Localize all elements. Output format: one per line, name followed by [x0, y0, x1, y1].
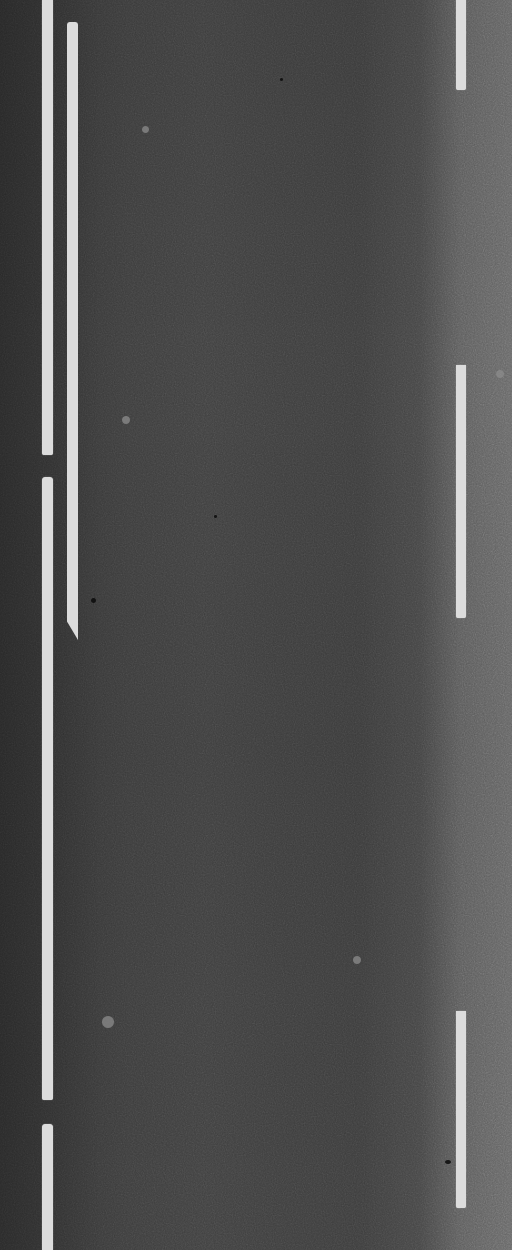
- road-aerial-scene: [0, 0, 512, 1250]
- surface-patch: [142, 126, 149, 133]
- surface-patch: [122, 416, 130, 424]
- surface-patch: [102, 1016, 114, 1028]
- surface-pit: [445, 1160, 451, 1164]
- left-outer-line-segment-1: [42, 0, 53, 455]
- surface-patch: [353, 956, 361, 964]
- right-dash-3: [456, 1011, 466, 1208]
- left-outer-line-segment-3: [42, 1124, 53, 1250]
- surface-pit: [91, 598, 96, 603]
- surface-pit: [214, 515, 217, 518]
- surface-patch: [496, 370, 504, 378]
- surface-pit: [280, 78, 283, 81]
- right-dash-2: [456, 365, 466, 618]
- left-outer-line-segment-2: [42, 477, 53, 1100]
- right-dash-1: [456, 0, 466, 90]
- left-inner-line: [67, 22, 78, 640]
